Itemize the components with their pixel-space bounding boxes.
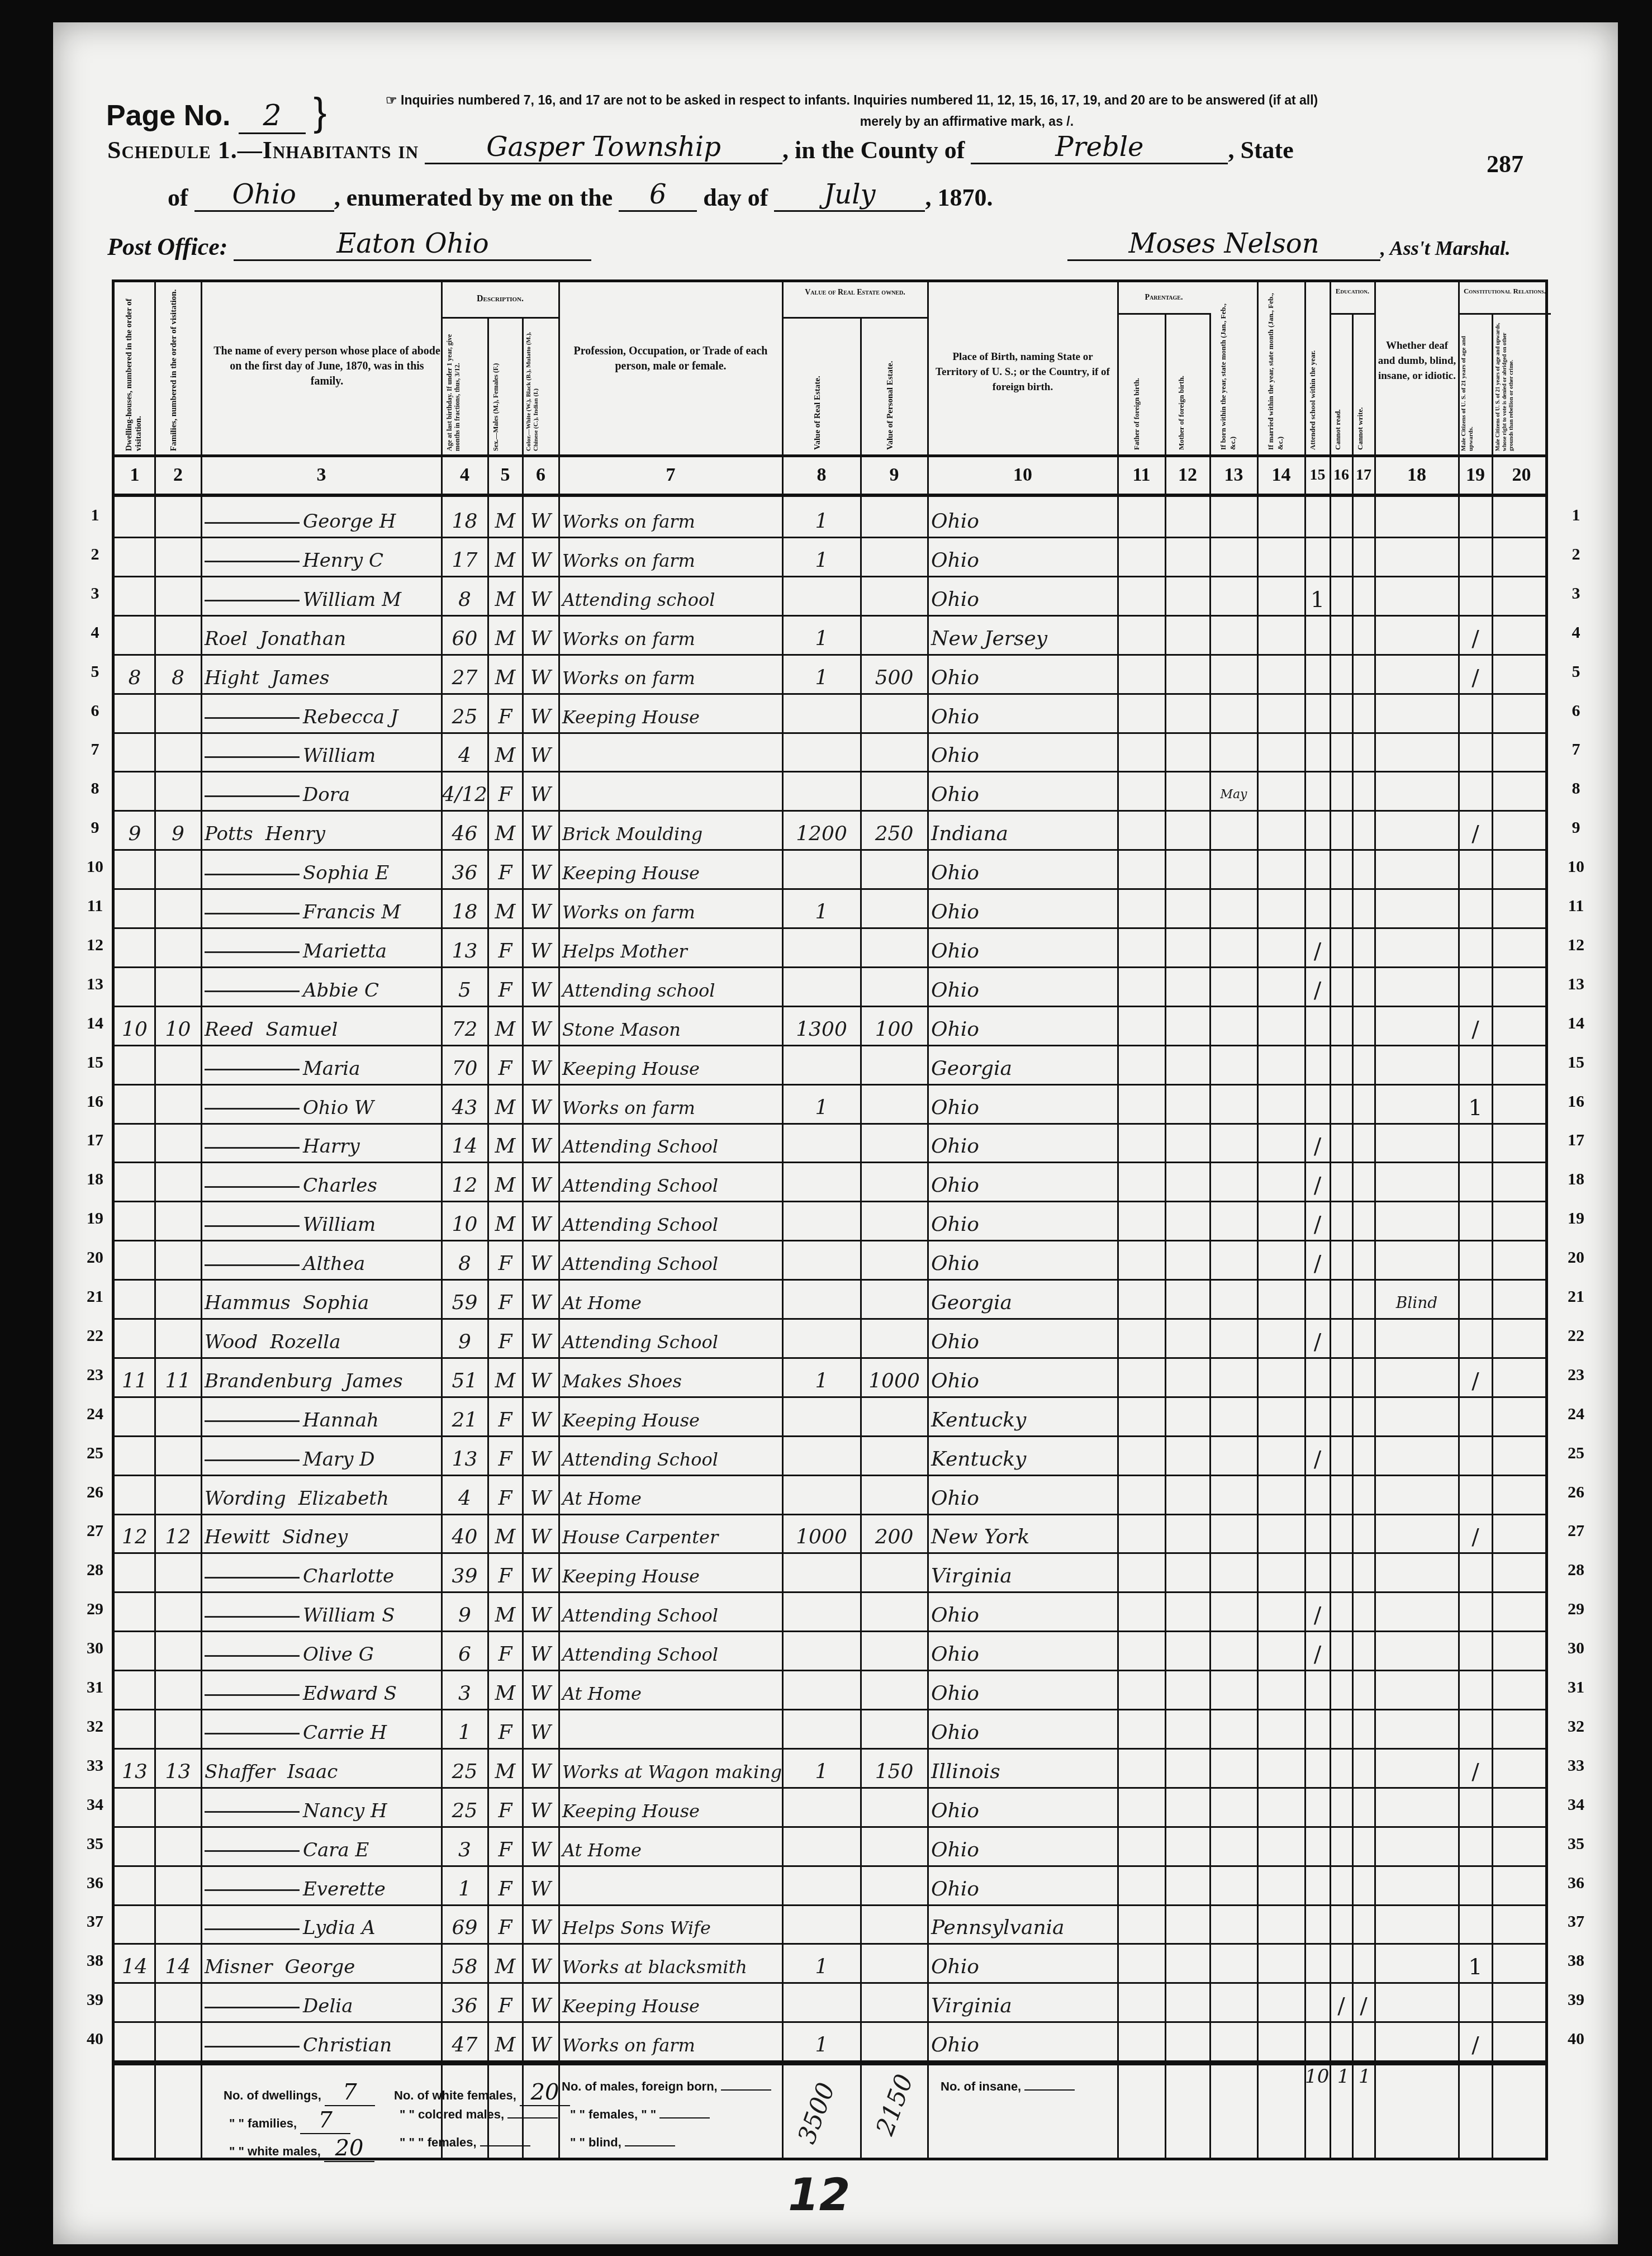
cell-color: W	[523, 1944, 559, 1983]
cell-c19	[1459, 1905, 1492, 1944]
cell-dwelling	[115, 1788, 155, 1827]
ditto-dash	[205, 1616, 300, 1618]
cell-real-estate	[782, 1827, 861, 1866]
cell-sex: M	[488, 1514, 523, 1553]
table-row: 88HightJames27MWWorks on farm1500Ohio/	[115, 655, 1545, 694]
person-name: RoelJonathan	[201, 616, 442, 655]
cell-c15	[1305, 694, 1330, 733]
person-name: MisnerGeorge	[201, 1944, 442, 1983]
cell-dwelling	[115, 1593, 155, 1632]
cell-sex: M	[488, 655, 523, 694]
cell-dwelling	[115, 1476, 155, 1515]
given-name: Charles	[303, 1174, 377, 1197]
cell-c16	[1330, 616, 1352, 655]
cell-color: W	[523, 1319, 559, 1358]
census-table: Dwelling-houses, numbered in the order o…	[112, 279, 1548, 2160]
cell-personal-estate	[861, 1163, 928, 1202]
cell-c13	[1210, 928, 1257, 968]
person-name: William	[201, 733, 442, 772]
cell-birthplace: Virginia	[928, 1983, 1118, 2022]
cell-family	[155, 694, 201, 733]
person-name: Rebecca J	[201, 694, 442, 733]
line-number-left: 5	[78, 662, 112, 681]
cell-c17	[1352, 1866, 1375, 1906]
cell-color: W	[523, 1671, 559, 1710]
cell-c15	[1305, 655, 1330, 694]
cell-sex: M	[488, 2022, 523, 2061]
cell-dwelling: 12	[115, 1514, 155, 1553]
cell-occupation: Stone Mason	[559, 1007, 782, 1046]
cell-c18	[1375, 655, 1459, 694]
cell-sex: M	[488, 499, 523, 538]
cell-c16	[1330, 1202, 1352, 1241]
footer-colored-females: " " " females,	[400, 2135, 530, 2150]
cell-dwelling	[115, 1280, 155, 1319]
cell-c18	[1375, 1046, 1459, 1085]
cell-c16	[1330, 1397, 1352, 1437]
col-10-header: Place of Birth, naming State or Territor…	[931, 349, 1115, 395]
cell-age: 8	[442, 1241, 488, 1280]
cell-color: W	[523, 968, 559, 1007]
cell-family	[155, 1710, 201, 1749]
cell-sex: F	[488, 1827, 523, 1866]
column-number: 5	[488, 458, 523, 492]
given-name: Christian	[303, 2034, 392, 2056]
line-number-left: 6	[78, 702, 112, 721]
cell-c13	[1210, 1241, 1257, 1280]
given-name: Harry	[303, 1135, 360, 1158]
cell-personal-estate	[861, 1085, 928, 1124]
person-name: Christian	[201, 2022, 442, 2061]
cell-real-estate	[782, 1710, 861, 1749]
constitutional-group-rule	[1459, 313, 1551, 315]
cell-family: 14	[155, 1944, 201, 1983]
cell-dwelling	[115, 577, 155, 616]
cell-c13	[1210, 968, 1257, 1007]
cell-c19	[1459, 1241, 1492, 1280]
cell-family: 11	[155, 1358, 201, 1397]
cell-c16	[1330, 1944, 1352, 1983]
cell-c16	[1330, 1319, 1352, 1358]
cell-sex: F	[488, 1397, 523, 1437]
column-number: 18	[1375, 458, 1459, 492]
table-row: Henry C17MWWorks on farm1Ohio	[115, 538, 1545, 577]
table-row: Maria70FWKeeping HouseGeorgia	[115, 1046, 1545, 1085]
cell-c18	[1375, 1944, 1459, 1983]
cell-birthplace: New York	[928, 1514, 1118, 1553]
table-row: 1111BrandenburgJames51MWMakes Shoes11000…	[115, 1358, 1545, 1397]
cell-c17	[1352, 1514, 1375, 1553]
line-number-left: 9	[78, 818, 112, 837]
cell-c19	[1459, 1397, 1492, 1437]
cell-color: W	[523, 577, 559, 616]
cell-family: 13	[155, 1749, 201, 1788]
cell-occupation: Works on farm	[559, 616, 782, 655]
cell-color: W	[523, 1241, 559, 1280]
cell-family	[155, 1905, 201, 1944]
cell-real-estate	[782, 1280, 861, 1319]
table-row: Charles12MWAttending SchoolOhio/	[115, 1163, 1545, 1202]
cell-personal-estate	[861, 1241, 928, 1280]
line-number-right: 36	[1559, 1874, 1593, 1893]
cell-color: W	[523, 1124, 559, 1163]
given-name: William	[303, 745, 376, 767]
cell-birthplace: Ohio	[928, 1593, 1118, 1632]
cell-age: 1	[442, 1866, 488, 1906]
cell-birthplace: Ohio	[928, 1788, 1118, 1827]
cell-c17	[1352, 1241, 1375, 1280]
cell-c13	[1210, 1085, 1257, 1124]
table-row: Rebecca J25FWKeeping HouseOhio	[115, 694, 1545, 733]
colored-females-label: " " " females,	[400, 2135, 477, 2149]
cell-real-estate	[782, 1202, 861, 1241]
parentage-group-rule	[1118, 313, 1210, 315]
cell-birthplace: Ohio	[928, 655, 1118, 694]
cell-sex: M	[488, 616, 523, 655]
line-number-left: 31	[78, 1678, 112, 1697]
cell-c13	[1210, 1827, 1257, 1866]
given-name: James	[272, 667, 330, 689]
cell-sex: M	[488, 538, 523, 577]
cell-dwelling	[115, 1827, 155, 1866]
cell-c15	[1305, 889, 1330, 928]
cell-personal-estate	[861, 2022, 928, 2061]
cell-dwelling	[115, 499, 155, 538]
cell-c15	[1305, 1905, 1330, 1944]
brace-glyph: }	[314, 90, 326, 134]
cell-occupation: Works on farm	[559, 499, 782, 538]
cell-c19	[1459, 1671, 1492, 1710]
cell-real-estate	[782, 577, 861, 616]
cell-c17	[1352, 889, 1375, 928]
cell-sex: F	[488, 1046, 523, 1085]
cell-color: W	[523, 1280, 559, 1319]
line-number-right: 23	[1559, 1366, 1593, 1385]
cell-real-estate	[782, 694, 861, 733]
cell-c13	[1210, 811, 1257, 850]
person-name: Lydia A	[201, 1905, 442, 1944]
pointing-hand-icon: ☞	[386, 93, 401, 107]
table-row: HammusSophia59FWAt HomeGeorgiaBlind	[115, 1280, 1545, 1319]
cell-occupation: At Home	[559, 1827, 782, 1866]
cell-c19	[1459, 1866, 1492, 1906]
cell-dwelling	[115, 928, 155, 968]
cell-birthplace: Ohio	[928, 577, 1118, 616]
cell-c13	[1210, 1671, 1257, 1710]
line-number-right: 9	[1559, 818, 1593, 837]
cell-occupation: Works on farm	[559, 1085, 782, 1124]
person-name: Olive G	[201, 1632, 442, 1671]
marshal-field: Moses Nelson	[1067, 228, 1380, 261]
col-14-header: If married within the year, state month …	[1266, 291, 1291, 450]
cell-c13	[1210, 1632, 1257, 1671]
cell-family	[155, 1983, 201, 2022]
real-estate-group-rule	[782, 317, 928, 319]
cell-c19	[1459, 1202, 1492, 1241]
given-name: Olive G	[303, 1643, 374, 1666]
cell-color: W	[523, 1202, 559, 1241]
given-name: Samuel	[266, 1018, 338, 1041]
cell-birthplace: Ohio	[928, 694, 1118, 733]
cell-c19	[1459, 1046, 1492, 1085]
cell-color: W	[523, 1085, 559, 1124]
given-name: William	[303, 1214, 376, 1236]
cell-c15	[1305, 1085, 1330, 1124]
cell-real-estate	[782, 1476, 861, 1515]
cell-c15: /	[1305, 1241, 1330, 1280]
person-name: Carrie H	[201, 1710, 442, 1749]
foreign-females-value	[659, 2117, 710, 2118]
county-field: Preble	[971, 131, 1228, 164]
cell-c19	[1459, 577, 1492, 616]
ditto-dash	[205, 1928, 300, 1930]
person-name: HewittSidney	[201, 1514, 442, 1553]
given-name: Abbie C	[303, 979, 379, 1002]
cell-occupation	[559, 1866, 782, 1906]
cell-c19	[1459, 1476, 1492, 1515]
line-number-right: 16	[1559, 1092, 1593, 1111]
cell-c17	[1352, 1007, 1375, 1046]
cell-age: 18	[442, 889, 488, 928]
table-row: Everette1FWOhio	[115, 1866, 1545, 1906]
cell-birthplace: New Jersey	[928, 616, 1118, 655]
cell-c13	[1210, 1437, 1257, 1476]
cell-color: W	[523, 1046, 559, 1085]
cell-birthplace: Ohio	[928, 538, 1118, 577]
person-name: Delia	[201, 1983, 442, 2022]
cell-c16	[1330, 499, 1352, 538]
cell-birthplace: Ohio	[928, 1319, 1118, 1358]
cell-age: 8	[442, 577, 488, 616]
line-number-right: 2	[1559, 545, 1593, 564]
cell-c15: /	[1305, 1124, 1330, 1163]
cell-c13	[1210, 1358, 1257, 1397]
cell-c15	[1305, 1358, 1330, 1397]
cell-c15	[1305, 733, 1330, 772]
cell-age: 10	[442, 1202, 488, 1241]
cell-sex: M	[488, 889, 523, 928]
person-name: Francis M	[201, 889, 442, 928]
footer-colored-males: " " colored males,	[400, 2107, 558, 2122]
cell-real-estate	[782, 1593, 861, 1632]
cell-dwelling	[115, 1124, 155, 1163]
cell-sex: M	[488, 1007, 523, 1046]
table-row: Harry14MWAttending SchoolOhio/	[115, 1124, 1545, 1163]
dwellings-label: No. of dwellings,	[224, 2088, 321, 2102]
given-name: Hannah	[303, 1409, 379, 1432]
cell-c18	[1375, 2022, 1459, 2061]
cell-c17	[1352, 1202, 1375, 1241]
cell-c15	[1305, 1944, 1330, 1983]
cell-sex: M	[488, 1202, 523, 1241]
cell-family	[155, 1788, 201, 1827]
cell-age: 58	[442, 1944, 488, 1983]
cell-birthplace: Ohio	[928, 968, 1118, 1007]
line-number-left: 39	[78, 1990, 112, 2009]
line-number-right: 29	[1559, 1600, 1593, 1619]
cell-occupation: Attending School	[559, 1241, 782, 1280]
cell-sex: F	[488, 1553, 523, 1593]
footer-insane: No. of insane,	[941, 2079, 1075, 2094]
cell-c18	[1375, 1124, 1459, 1163]
cell-personal-estate	[861, 1671, 928, 1710]
surname: Roel	[205, 628, 248, 650]
line-number-right: 5	[1559, 662, 1593, 681]
cell-c15	[1305, 1280, 1330, 1319]
cell-birthplace: Ohio	[928, 1124, 1118, 1163]
cell-age: 47	[442, 2022, 488, 2061]
cell-c18	[1375, 1788, 1459, 1827]
table-row: 1414MisnerGeorge58MWWorks at blacksmith1…	[115, 1944, 1545, 1983]
cell-c18	[1375, 968, 1459, 1007]
cell-c18	[1375, 1827, 1459, 1866]
table-row: Ohio W43MWWorks on farm1Ohio1	[115, 1085, 1545, 1124]
cell-sex: F	[488, 1866, 523, 1906]
table-row: Edward S3MWAt HomeOhio	[115, 1671, 1545, 1710]
cell-c15: 1	[1305, 577, 1330, 616]
cell-c17	[1352, 1280, 1375, 1319]
cell-real-estate: 1	[782, 1085, 861, 1124]
cell-family	[155, 1553, 201, 1593]
cell-age: 25	[442, 694, 488, 733]
cell-c13	[1210, 1476, 1257, 1515]
surname: Misner	[205, 1956, 272, 1978]
ditto-dash	[205, 795, 300, 797]
line-number-left: 37	[78, 1912, 112, 1931]
cell-c16: /	[1330, 1983, 1352, 2022]
page-number: Page No. 2}	[106, 89, 326, 134]
ditto-dash	[205, 1459, 300, 1461]
given-name: Rebecca J	[303, 706, 398, 728]
cell-occupation: Attending school	[559, 577, 782, 616]
cell-c19	[1459, 1163, 1492, 1202]
line-number-left: 21	[78, 1287, 112, 1306]
cell-c15	[1305, 1983, 1330, 2022]
given-name: Henry	[265, 823, 325, 845]
cell-c17	[1352, 694, 1375, 733]
cell-personal-estate	[861, 1553, 928, 1593]
col-7-header: Profession, Occupation, or Trade of each…	[562, 344, 780, 374]
cell-c16	[1330, 1046, 1352, 1085]
cell-color: W	[523, 655, 559, 694]
cell-c16	[1330, 538, 1352, 577]
surname: Brandenburg	[205, 1370, 333, 1392]
line-number-right: 18	[1559, 1170, 1593, 1189]
cell-age: 3	[442, 1671, 488, 1710]
cell-color: W	[523, 733, 559, 772]
cell-c17	[1352, 1553, 1375, 1593]
cell-personal-estate	[861, 1944, 928, 1983]
cell-real-estate	[782, 928, 861, 968]
cell-c18	[1375, 694, 1459, 733]
cell-real-estate: 1	[782, 1944, 861, 1983]
person-name: Harry	[201, 1124, 442, 1163]
line-number-right: 13	[1559, 975, 1593, 994]
cell-c18	[1375, 1085, 1459, 1124]
cell-personal-estate	[861, 1788, 928, 1827]
cell-c16	[1330, 1632, 1352, 1671]
footer-white-males: " " white males, 20	[229, 2135, 374, 2162]
cell-age: 60	[442, 616, 488, 655]
cell-age: 12	[442, 1163, 488, 1202]
line-number-right: 28	[1559, 1561, 1593, 1580]
cell-occupation	[559, 733, 782, 772]
cell-c15	[1305, 1710, 1330, 1749]
blind-label: " " blind,	[570, 2135, 621, 2149]
cell-personal-estate	[861, 577, 928, 616]
cell-occupation: Attending School	[559, 1593, 782, 1632]
cell-c18	[1375, 1007, 1459, 1046]
cell-dwelling	[115, 772, 155, 811]
cell-dwelling	[115, 1397, 155, 1437]
line-number-right: 1	[1559, 506, 1593, 525]
stamp-number: 287	[1487, 150, 1523, 178]
table-row: Francis M18MWWorks on farm1Ohio	[115, 889, 1545, 928]
cell-c16	[1330, 1827, 1352, 1866]
cell-c19	[1459, 1983, 1492, 2022]
given-name: James	[345, 1370, 403, 1392]
cell-family	[155, 1437, 201, 1476]
cell-personal-estate	[861, 1319, 928, 1358]
table-row: 1010ReedSamuel72MWStone Mason1300100Ohio…	[115, 1007, 1545, 1046]
cell-c17: /	[1352, 1983, 1375, 2022]
cell-c13	[1210, 1788, 1257, 1827]
cell-dwelling	[115, 616, 155, 655]
cell-c16	[1330, 968, 1352, 1007]
person-name: Sophia E	[201, 850, 442, 889]
cell-personal-estate	[861, 889, 928, 928]
cell-real-estate	[782, 1553, 861, 1593]
cell-sex: F	[488, 1319, 523, 1358]
ditto-dash	[205, 1889, 300, 1891]
table-row: Olive G6FWAttending SchoolOhio/	[115, 1632, 1545, 1671]
white-females-label: No. of white females,	[394, 2088, 516, 2102]
cell-c18	[1375, 1749, 1459, 1788]
cell-c13	[1210, 1944, 1257, 1983]
cell-occupation: Helps Sons Wife	[559, 1905, 782, 1944]
person-name: HightJames	[201, 655, 442, 694]
cell-age: 43	[442, 1085, 488, 1124]
table-row: RoelJonathan60MWWorks on farm1New Jersey…	[115, 616, 1545, 655]
cell-c16	[1330, 1514, 1352, 1553]
cell-occupation: Attending School	[559, 1202, 782, 1241]
cell-sex: M	[488, 1358, 523, 1397]
cell-c13	[1210, 538, 1257, 577]
ditto-dash	[205, 1850, 300, 1852]
line-number-left: 13	[78, 975, 112, 994]
cell-c13	[1210, 1553, 1257, 1593]
table-row: Dora4/12FWOhioMay	[115, 772, 1545, 811]
cell-personal-estate	[861, 1983, 928, 2022]
cell-birthplace: Ohio	[928, 1671, 1118, 1710]
ditto-dash	[205, 717, 300, 719]
cell-c13	[1210, 1593, 1257, 1632]
cell-c16	[1330, 1671, 1352, 1710]
line-number-left: 3	[78, 584, 112, 603]
cell-c17	[1352, 1749, 1375, 1788]
cell-sex: F	[488, 1710, 523, 1749]
cell-age: 27	[442, 655, 488, 694]
given-name: Lydia A	[303, 1917, 375, 1939]
cell-dwelling: 13	[115, 1749, 155, 1788]
cell-c16	[1330, 928, 1352, 968]
cell-family	[155, 1163, 201, 1202]
cell-birthplace: Ohio	[928, 733, 1118, 772]
given-name: Mary D	[303, 1448, 375, 1471]
cell-c15	[1305, 1671, 1330, 1710]
cell-birthplace: Georgia	[928, 1280, 1118, 1319]
marshal-line: Moses Nelson, Ass't Marshal.	[1067, 228, 1511, 261]
